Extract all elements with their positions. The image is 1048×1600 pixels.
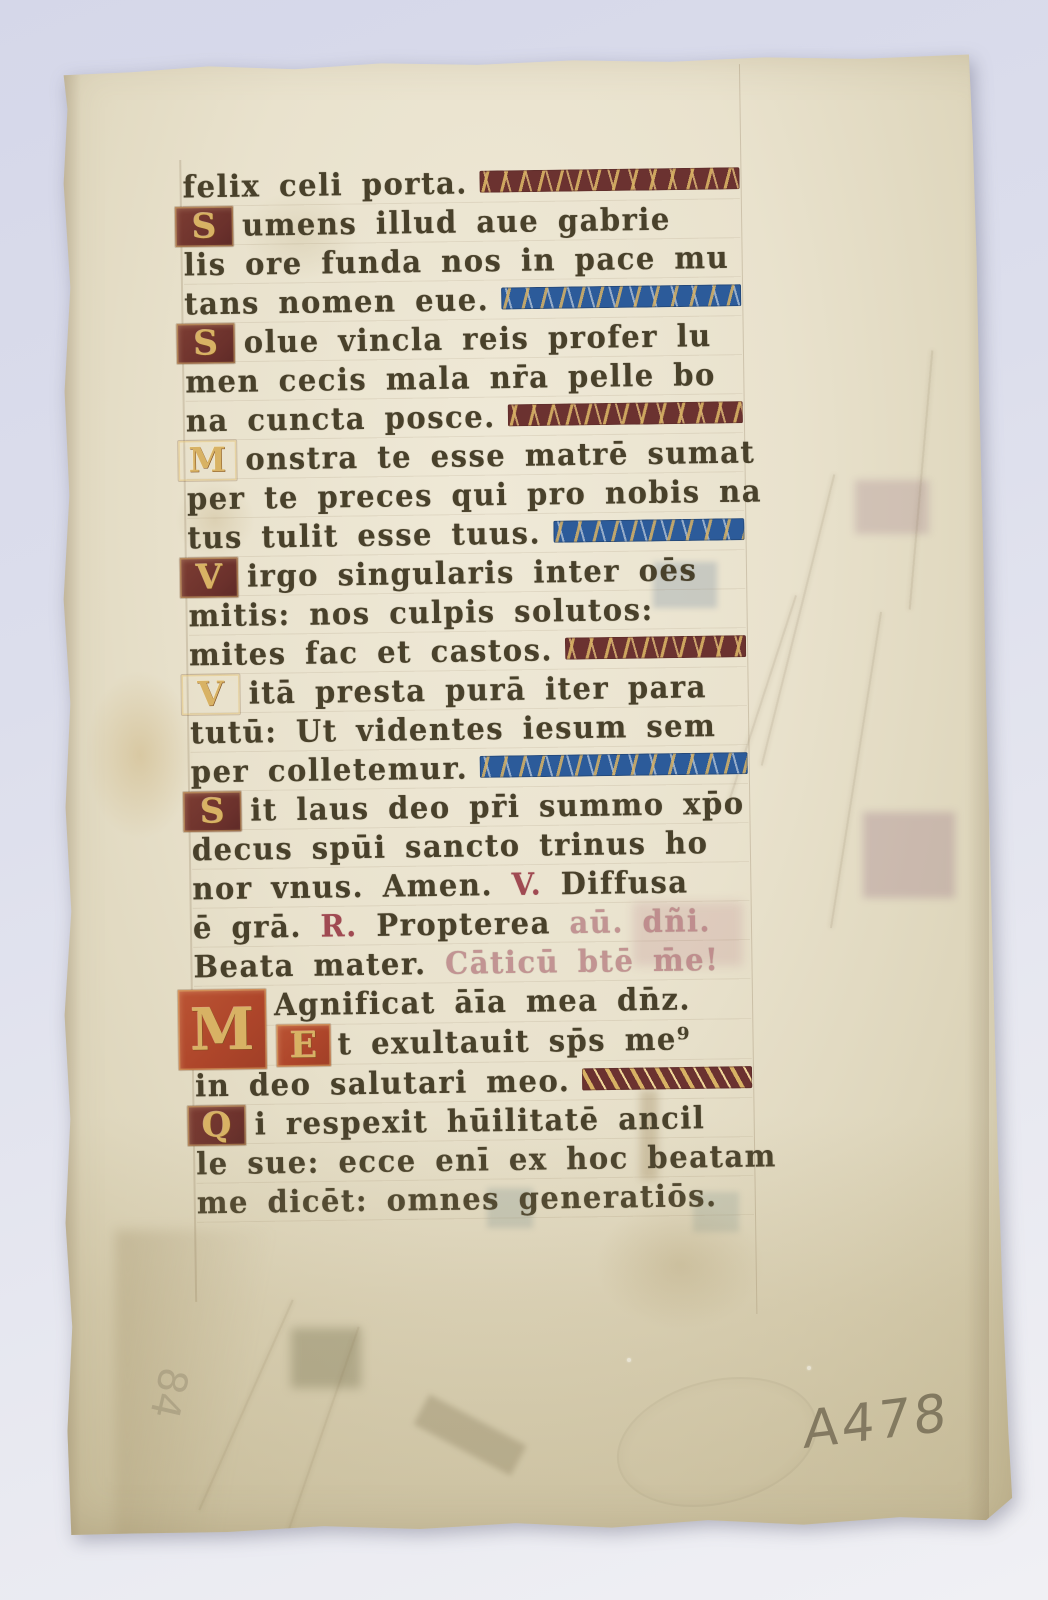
- photo-stage: felix celi porta.Sumens illud aue gabrie…: [0, 0, 1048, 1600]
- leaf-shadow-wrap: felix celi porta.Sumens illud aue gabrie…: [0, 0, 1048, 1600]
- edge-vignette: [55, 50, 1015, 1535]
- manuscript-leaf: felix celi porta.Sumens illud aue gabrie…: [55, 50, 1015, 1535]
